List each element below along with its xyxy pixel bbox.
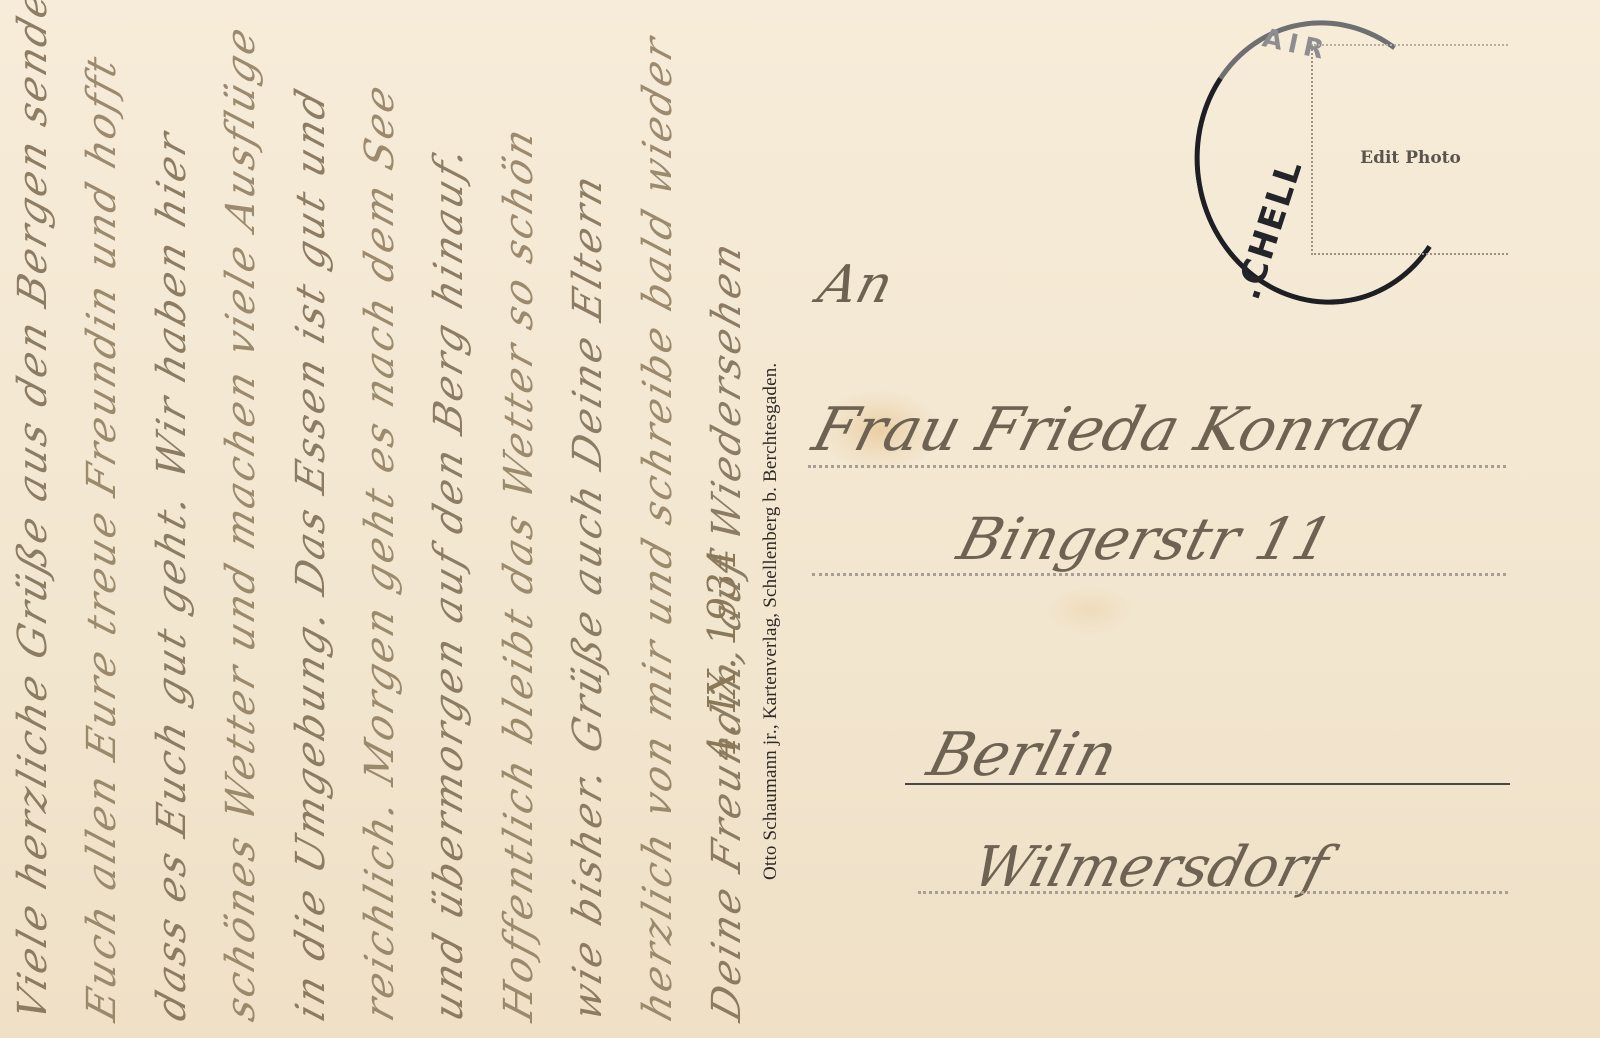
message-line: herzlich von mir und schreibe bald wiede… xyxy=(635,12,681,1027)
message-line: dass es Euch gut geht. Wir haben hier xyxy=(149,12,195,1027)
message-line: Euch allen Eure treue Freundin und hofft xyxy=(79,12,125,1027)
message-date: 4. IX. 1934 xyxy=(700,549,744,760)
address-city: Berlin xyxy=(921,720,1125,790)
address-line-1 xyxy=(808,465,1506,468)
publisher-imprint: Otto Schaumann jr., Kartenverlag, Schell… xyxy=(760,363,782,880)
message-line: reichlich. Morgen geht es nach dem See xyxy=(357,12,403,1027)
message-line: Viele herzliche Grüße aus den Bergen sen… xyxy=(10,12,56,1027)
message-line: Hoffentlich bleibt das Wetter so schön xyxy=(496,12,542,1027)
message-line: wie bisher. Grüße auch Deine Eltern xyxy=(565,12,611,1027)
address-line-3 xyxy=(905,783,1510,785)
message-line: schönes Wetter und machen viele Ausflüge xyxy=(218,12,264,1027)
message-lines: Viele herzliche Grüße aus den Bergen sen… xyxy=(10,19,750,1019)
message-line: in die Umgebung. Das Essen ist gut und xyxy=(288,12,334,1027)
message-line: und übermorgen auf den Berg hinauf. xyxy=(426,12,472,1027)
address-line-4 xyxy=(918,891,1508,894)
stamp-box: Edit Photo xyxy=(1311,44,1508,255)
postcard: Viele herzliche Grüße aus den Bergen sen… xyxy=(0,0,1600,1038)
handwritten-message: Viele herzliche Grüße aus den Bergen sen… xyxy=(0,0,760,1038)
address-recipient: Frau Frieda Konrad xyxy=(806,395,1428,465)
stamp-box-label: Edit Photo xyxy=(1313,148,1508,168)
address-line-2 xyxy=(812,573,1506,576)
address-salutation: An xyxy=(812,255,899,315)
message-line: Deine Freundin, auf Wiedersehen xyxy=(704,12,750,1027)
address-street: Bingerstr 11 xyxy=(951,505,1340,573)
